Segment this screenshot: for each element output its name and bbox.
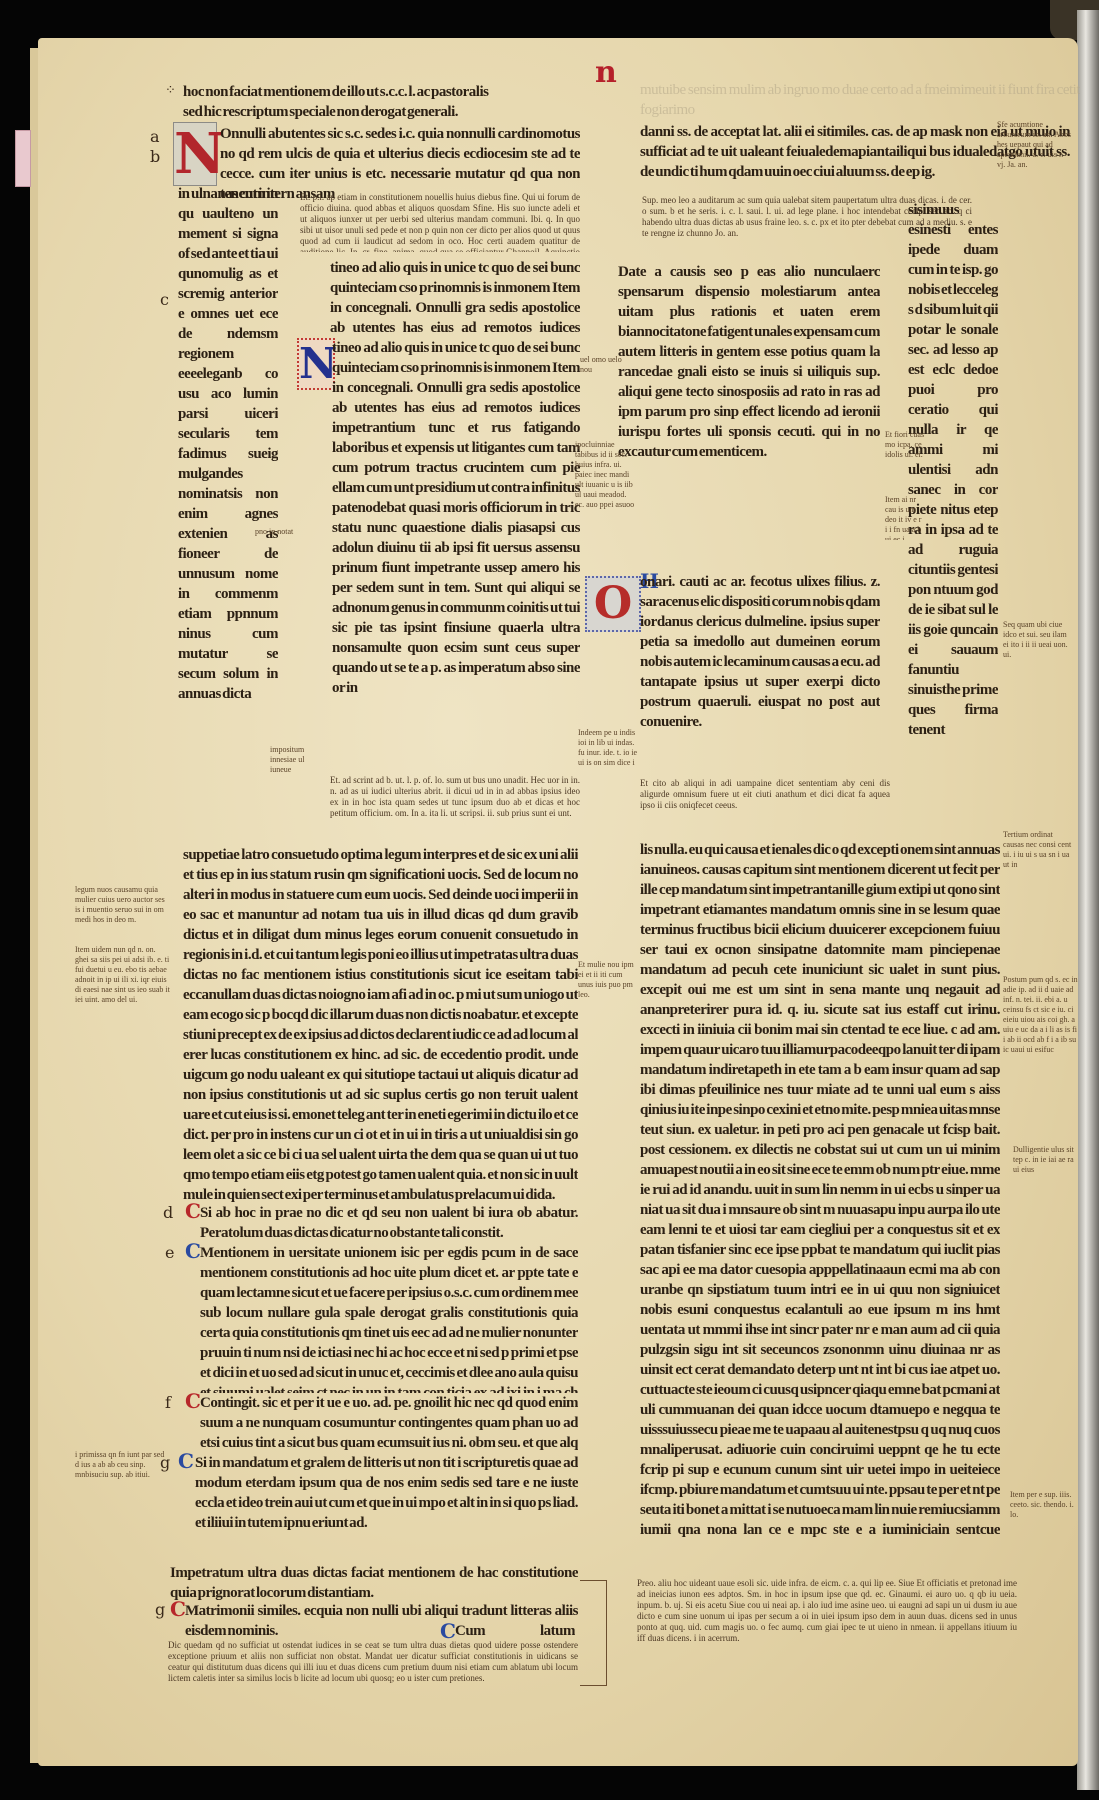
marker-g2: g (155, 1600, 165, 1619)
rubric-initial-blue-g: C (178, 1450, 194, 1472)
marker-d: d (163, 1203, 173, 1222)
margin-note-3: pno in notat (255, 527, 297, 557)
rubric-initial-red-f: C (185, 1390, 201, 1412)
closing-text: Impetratum ultra duas dictas faciat ment… (170, 1563, 578, 1603)
left-main-text-top: tineo ad alio quis in unice tc quo de se… (330, 258, 580, 338)
header-line-2: sed hic rescriptum speciale non derogat … (183, 102, 523, 122)
margin-note-10: Item ai nr cau is um deo it iv e r i i f… (885, 495, 925, 540)
marker-e: e (165, 1243, 174, 1262)
rubric-initial-red: C (185, 1200, 201, 1222)
reference-mark: ⁘ (165, 83, 176, 98)
rubric-d-text: Si ab hoc in prae no dic et qd seu non u… (200, 1203, 578, 1243)
margin-note-17: i primissa qn fn iunt par sed d ius a ab… (75, 1450, 165, 1490)
header-line-1: hoc non faciat mentionem de illo ut s.c.… (183, 82, 593, 102)
show-through-text: mutuibe sensim mulim ab ingruo mo duae c… (640, 80, 1080, 120)
margin-note-15: Item per e sup. iiis. ceeto. sic. thendo… (1010, 1490, 1075, 1520)
left-main-text: tineo ad alio quis in unice tc quo de se… (332, 338, 580, 774)
left-gloss-2: Et. ad scrint ad b. ut. l. p. of. lo. su… (330, 775, 580, 830)
right-o-gloss: Et cito ab aliqui in adi uampaine dicet … (640, 778, 890, 818)
margin-note-8: Et fiori cuas mo icpa. ce idolis ui. ei. (885, 430, 925, 460)
left-gloss-1: Et. p.l. ap etiam in constitutionem noue… (300, 192, 580, 252)
margin-note-1: legum nuos causamu quia mulier cuius uer… (75, 885, 170, 935)
marker-a: a (150, 127, 160, 146)
right-main-text: Date a causis seo p eas alio nunculaerc … (618, 262, 880, 574)
rubric-initial-blue: C (185, 1240, 201, 1262)
margin-note-5: ipocluinniae tabibus id ii sec. huius in… (575, 440, 635, 550)
gloss-bracket (580, 1580, 607, 1686)
marker-f: f (165, 1393, 171, 1412)
left-narrow-column: in ulnanas cum in qu uaulteno un mement … (178, 184, 278, 824)
illuminated-initial-n: N (173, 122, 217, 186)
margin-note-14: Dulligentie ulus sit tep c. in ie iai ae… (1013, 1145, 1078, 1185)
rubric-g-text: Si in mandatum et gralem de litteris ut … (195, 1453, 578, 1553)
marker-c: c (160, 290, 169, 309)
margin-note-9: Sfe acumtione arburorum io. an. Abos hes… (997, 120, 1072, 170)
left-bottom-gloss: Dic quedam qd no sufficiat ut ostendat i… (168, 1640, 578, 1700)
illuminated-initial-n-blue: N (297, 338, 335, 390)
margin-note-16: Et mulie nou ipm ei et ii iti cum unus i… (578, 960, 638, 1015)
margin-note-4: uel omo uelo nou (580, 355, 630, 385)
rubric-f-text: Contingit. sic et per it ue e uo. ad. pe… (200, 1393, 578, 1453)
rubric-e-text: Mentionem in uersitate unionem isic per … (200, 1243, 578, 1393)
margin-note-12: Tertium ordinat causas nec consi cent ui… (1003, 830, 1073, 880)
right-bottom-gloss: Preo. aliu hoc uideant uaue esoli sic. u… (637, 1578, 1017, 1643)
margin-note-2: Item uidem nun qd n. on. ghei sa siis pe… (75, 945, 170, 1050)
margin-note-6: Indeem pe u indis ioi in lib ui indas. f… (578, 728, 638, 768)
facing-page-edge (1077, 10, 1099, 1790)
marker-b: b (150, 147, 160, 166)
right-o-text: onari. cauti ac ar. fecotus ulixes filiu… (640, 572, 880, 772)
margin-note-11: Seq quam ubi ciue idco et sui. seu ilam … (1003, 620, 1073, 660)
margin-note-13: Postum pum qd s. ec in adie ip. ad ii d … (1003, 975, 1078, 1090)
rubric-initial-blue-g2: C (440, 1620, 456, 1642)
right-lower-text: lis nulla. eu qui causa et ienales dic o… (640, 840, 1000, 1540)
folio-mark: n (595, 55, 617, 90)
bookmark-tab[interactable] (15, 130, 31, 187)
rubric-g2-blue: Cum latum c.pieptum. (455, 1621, 575, 1641)
rubric-initial-red-g2: C (170, 1598, 186, 1620)
illuminated-initial-o: O (585, 576, 641, 632)
margin-note-7: impositum innesiae ul iuneue (270, 745, 310, 775)
